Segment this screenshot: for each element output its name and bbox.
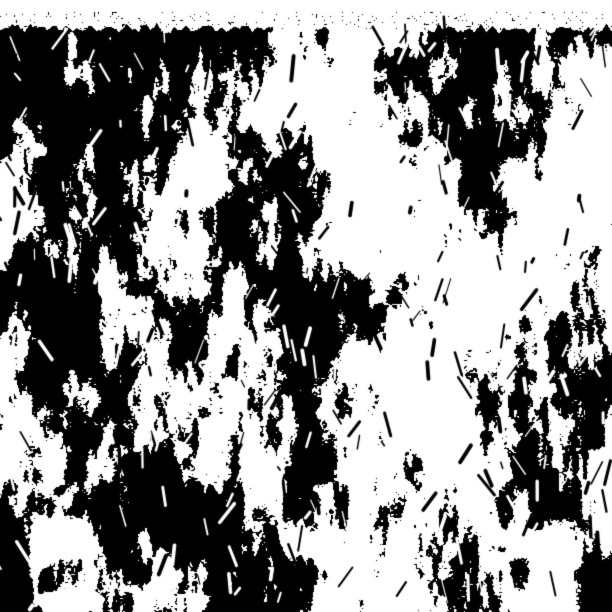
grunge-texture: [0, 0, 612, 612]
